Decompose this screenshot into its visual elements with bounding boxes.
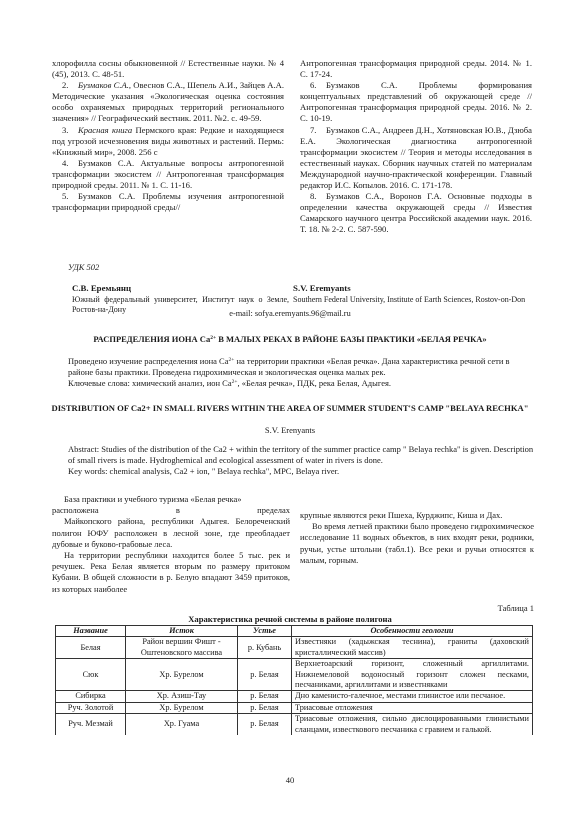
reference-number: 2. <box>52 80 78 91</box>
reference-number: 7. <box>300 125 326 136</box>
cell-source: Район вершин Фишт - Оштеновского массива <box>126 637 238 659</box>
cell-mouth: р. Кубань <box>238 637 292 659</box>
table-row: Сибирка Хр. Азиш-Тау р. Белая Дно камени… <box>56 691 533 702</box>
author-en-name: S.V. Eremyants <box>293 283 532 294</box>
cell-source: Хр. Бурелом <box>126 702 238 713</box>
references-right-column: Антропогенная трансформация природной ср… <box>300 58 532 236</box>
cell-source: Хр. Гуама <box>126 714 238 735</box>
column-header-mouth: Устье <box>238 626 292 637</box>
table-row: Руч. Золотой Хр. Бурелом р. Белая Триасо… <box>56 702 533 713</box>
table-title: Характеристика речной системы в районе п… <box>40 614 540 624</box>
reference-text: Бузмаков С.А., Андреев Д.Н., Хотяновская… <box>300 125 532 190</box>
references-section: хлорофилла сосны обыкновенной // Естеств… <box>52 58 532 236</box>
column-header-source: Исток <box>126 626 238 637</box>
cell-geology: Верхнетоарский горизонт, сложенный аргил… <box>292 659 533 691</box>
reference-author: Красная книга <box>78 125 132 135</box>
reference-6: 6.Бузмаков С.А. Проблемы формирования ко… <box>300 80 532 124</box>
body-paragraph-1-spread-line: расположена в пределах <box>52 505 290 516</box>
table-number: Таблица 1 <box>498 603 534 613</box>
cell-geology: Триасовые отложения <box>292 702 533 713</box>
column-header-name: Название <box>56 626 126 637</box>
reference-2: 2.Бузмаков С.А., Овеснов С.А., Шепель А.… <box>52 80 284 124</box>
reference-number: 5. <box>52 191 78 202</box>
table-header-row: Название Исток Устье Особенности геологи… <box>56 626 533 637</box>
cell-name: Руч. Золотой <box>56 702 126 713</box>
table-row: Сюк Хр. Бурелом р. Белая Верхнетоарский … <box>56 659 533 691</box>
article-title-ru: РАСПРЕДЕЛЕНИЯ ИОНА Ca2+ В МАЛЫХ РЕКАХ В … <box>40 334 540 344</box>
cell-name: Белая <box>56 637 126 659</box>
keywords-ru: Ключевые слова: химический анализ, ион C… <box>68 378 536 389</box>
reference-5: 5.Бузмаков С.А. Проблемы изучения антроп… <box>52 191 284 213</box>
reference-text: Бузмаков С.А. Актуальные вопросы антропо… <box>52 158 284 190</box>
cell-geology: Дно каменисто-галечное, местами глинисто… <box>292 691 533 702</box>
reference-text: Бузмаков С.А., Воронов Г.А. Основные под… <box>300 191 532 234</box>
cell-mouth: р. Белая <box>238 702 292 713</box>
body-paragraph-4: Во время летней практики было проведено … <box>300 521 534 566</box>
reference-number: 3. <box>52 125 78 136</box>
title-ru-part: В МАЛЫХ РЕКАХ В РАЙОНЕ БАЗЫ ПРАКТИКИ «БЕ… <box>216 334 487 344</box>
body-paragraph-2: На территории республики находится более… <box>52 550 290 595</box>
document-page: хлорофилла сосны обыкновенной // Естеств… <box>0 0 580 820</box>
body-right-column: крупные являются реки Пшеха, Курджипс, К… <box>300 510 534 566</box>
column-header-geology: Особенности геологии <box>292 626 533 637</box>
abstract-en-text: Abstract: Studies of the distribution of… <box>68 444 536 466</box>
cell-name: Сибирка <box>56 691 126 702</box>
spread-word: в <box>176 505 180 516</box>
reference-5-continued: Антропогенная трансформация природной ср… <box>300 58 532 80</box>
cell-mouth: р. Белая <box>238 714 292 735</box>
cell-geology: Известняки (хадыжская теснина), граниты … <box>292 637 533 659</box>
reference-4: 4.Бузмаков С.А. Актуальные вопросы антро… <box>52 158 284 191</box>
udk-code: УДК 502 <box>68 262 99 272</box>
author-en-byline: S.V. Erenyants <box>0 425 580 435</box>
author-en-affiliation: Southern Federal University, Institute o… <box>293 295 525 304</box>
cell-geology: Триасовые отложения, сильно дислоцирован… <box>292 714 533 735</box>
body-paragraph-1-rest: Майкопского района, республики Адыгея. Б… <box>52 516 290 550</box>
keywords-en: Key words: chemical analysis, Ca2 + ion,… <box>68 466 536 477</box>
spread-word: пределах <box>257 505 290 516</box>
reference-number: 8. <box>300 191 326 202</box>
table-row: Белая Район вершин Фишт - Оштеновского м… <box>56 637 533 659</box>
reference-number: 6. <box>300 80 326 91</box>
page-number: 40 <box>0 775 580 785</box>
reference-author: Бузмаков С.А. <box>78 80 129 90</box>
cell-mouth: р. Белая <box>238 659 292 691</box>
abstract-ru-text: Проведено изучение распределения иона Ca… <box>68 356 536 378</box>
abstract-ru-part: Проведено изучение распределения иона Ca <box>68 356 229 366</box>
reference-text: Бузмаков С.А. Проблемы изучения антропог… <box>52 191 284 212</box>
keywords-ru-part: , «Белая речка», ПДК, река Белая, Адыгея… <box>237 378 391 388</box>
reference-text: Бузмаков С.А. Проблемы формирования конц… <box>300 80 532 123</box>
abstract-ru: Проведено изучение распределения иона Ca… <box>68 356 536 389</box>
body-left-column: База практики и учебного туризма «Белая … <box>52 494 290 595</box>
cell-source: Хр. Бурелом <box>126 659 238 691</box>
abstract-en: Abstract: Studies of the distribution of… <box>68 444 536 477</box>
cell-name: Сюк <box>56 659 126 691</box>
reference-8: 8.Бузмаков С.А., Воронов Г.А. Основные п… <box>300 191 532 235</box>
body-paragraph-1-line-1: База практики и учебного туризма «Белая … <box>52 494 290 505</box>
river-system-table: Название Исток Устье Особенности геологи… <box>55 625 533 735</box>
keywords-ru-part: Ключевые слова: химический анализ, ион C… <box>68 378 232 388</box>
title-ru-part: РАСПРЕДЕЛЕНИЯ ИОНА Ca <box>93 334 210 344</box>
reference-7: 7.Бузмаков С.А., Андреев Д.Н., Хотяновск… <box>300 125 532 192</box>
author-email[interactable]: e-mail: sofya.eremyants.96@mail.ru <box>0 309 580 318</box>
reference-1-continued: хлорофилла сосны обыкновенной // Естеств… <box>52 58 284 80</box>
references-left-column: хлорофилла сосны обыкновенной // Естеств… <box>52 58 284 236</box>
cell-mouth: р. Белая <box>238 691 292 702</box>
cell-name: Руч. Мезмай <box>56 714 126 735</box>
reference-number: 4. <box>52 158 78 169</box>
table-row: Руч. Мезмай Хр. Гуама р. Белая Триасовые… <box>56 714 533 735</box>
cell-source: Хр. Азиш-Тау <box>126 691 238 702</box>
article-title-en: DISTRIBUTION OF Ca2+ IN SMALL RIVERS WIT… <box>40 403 540 414</box>
body-paragraph-3: крупные являются реки Пшеха, Курджипс, К… <box>300 510 534 521</box>
spread-word: расположена <box>52 505 99 516</box>
reference-3: 3.Красная книга Пермского края: Редкие и… <box>52 125 284 158</box>
author-ru-name: С.В. Еремьянц <box>72 283 289 294</box>
